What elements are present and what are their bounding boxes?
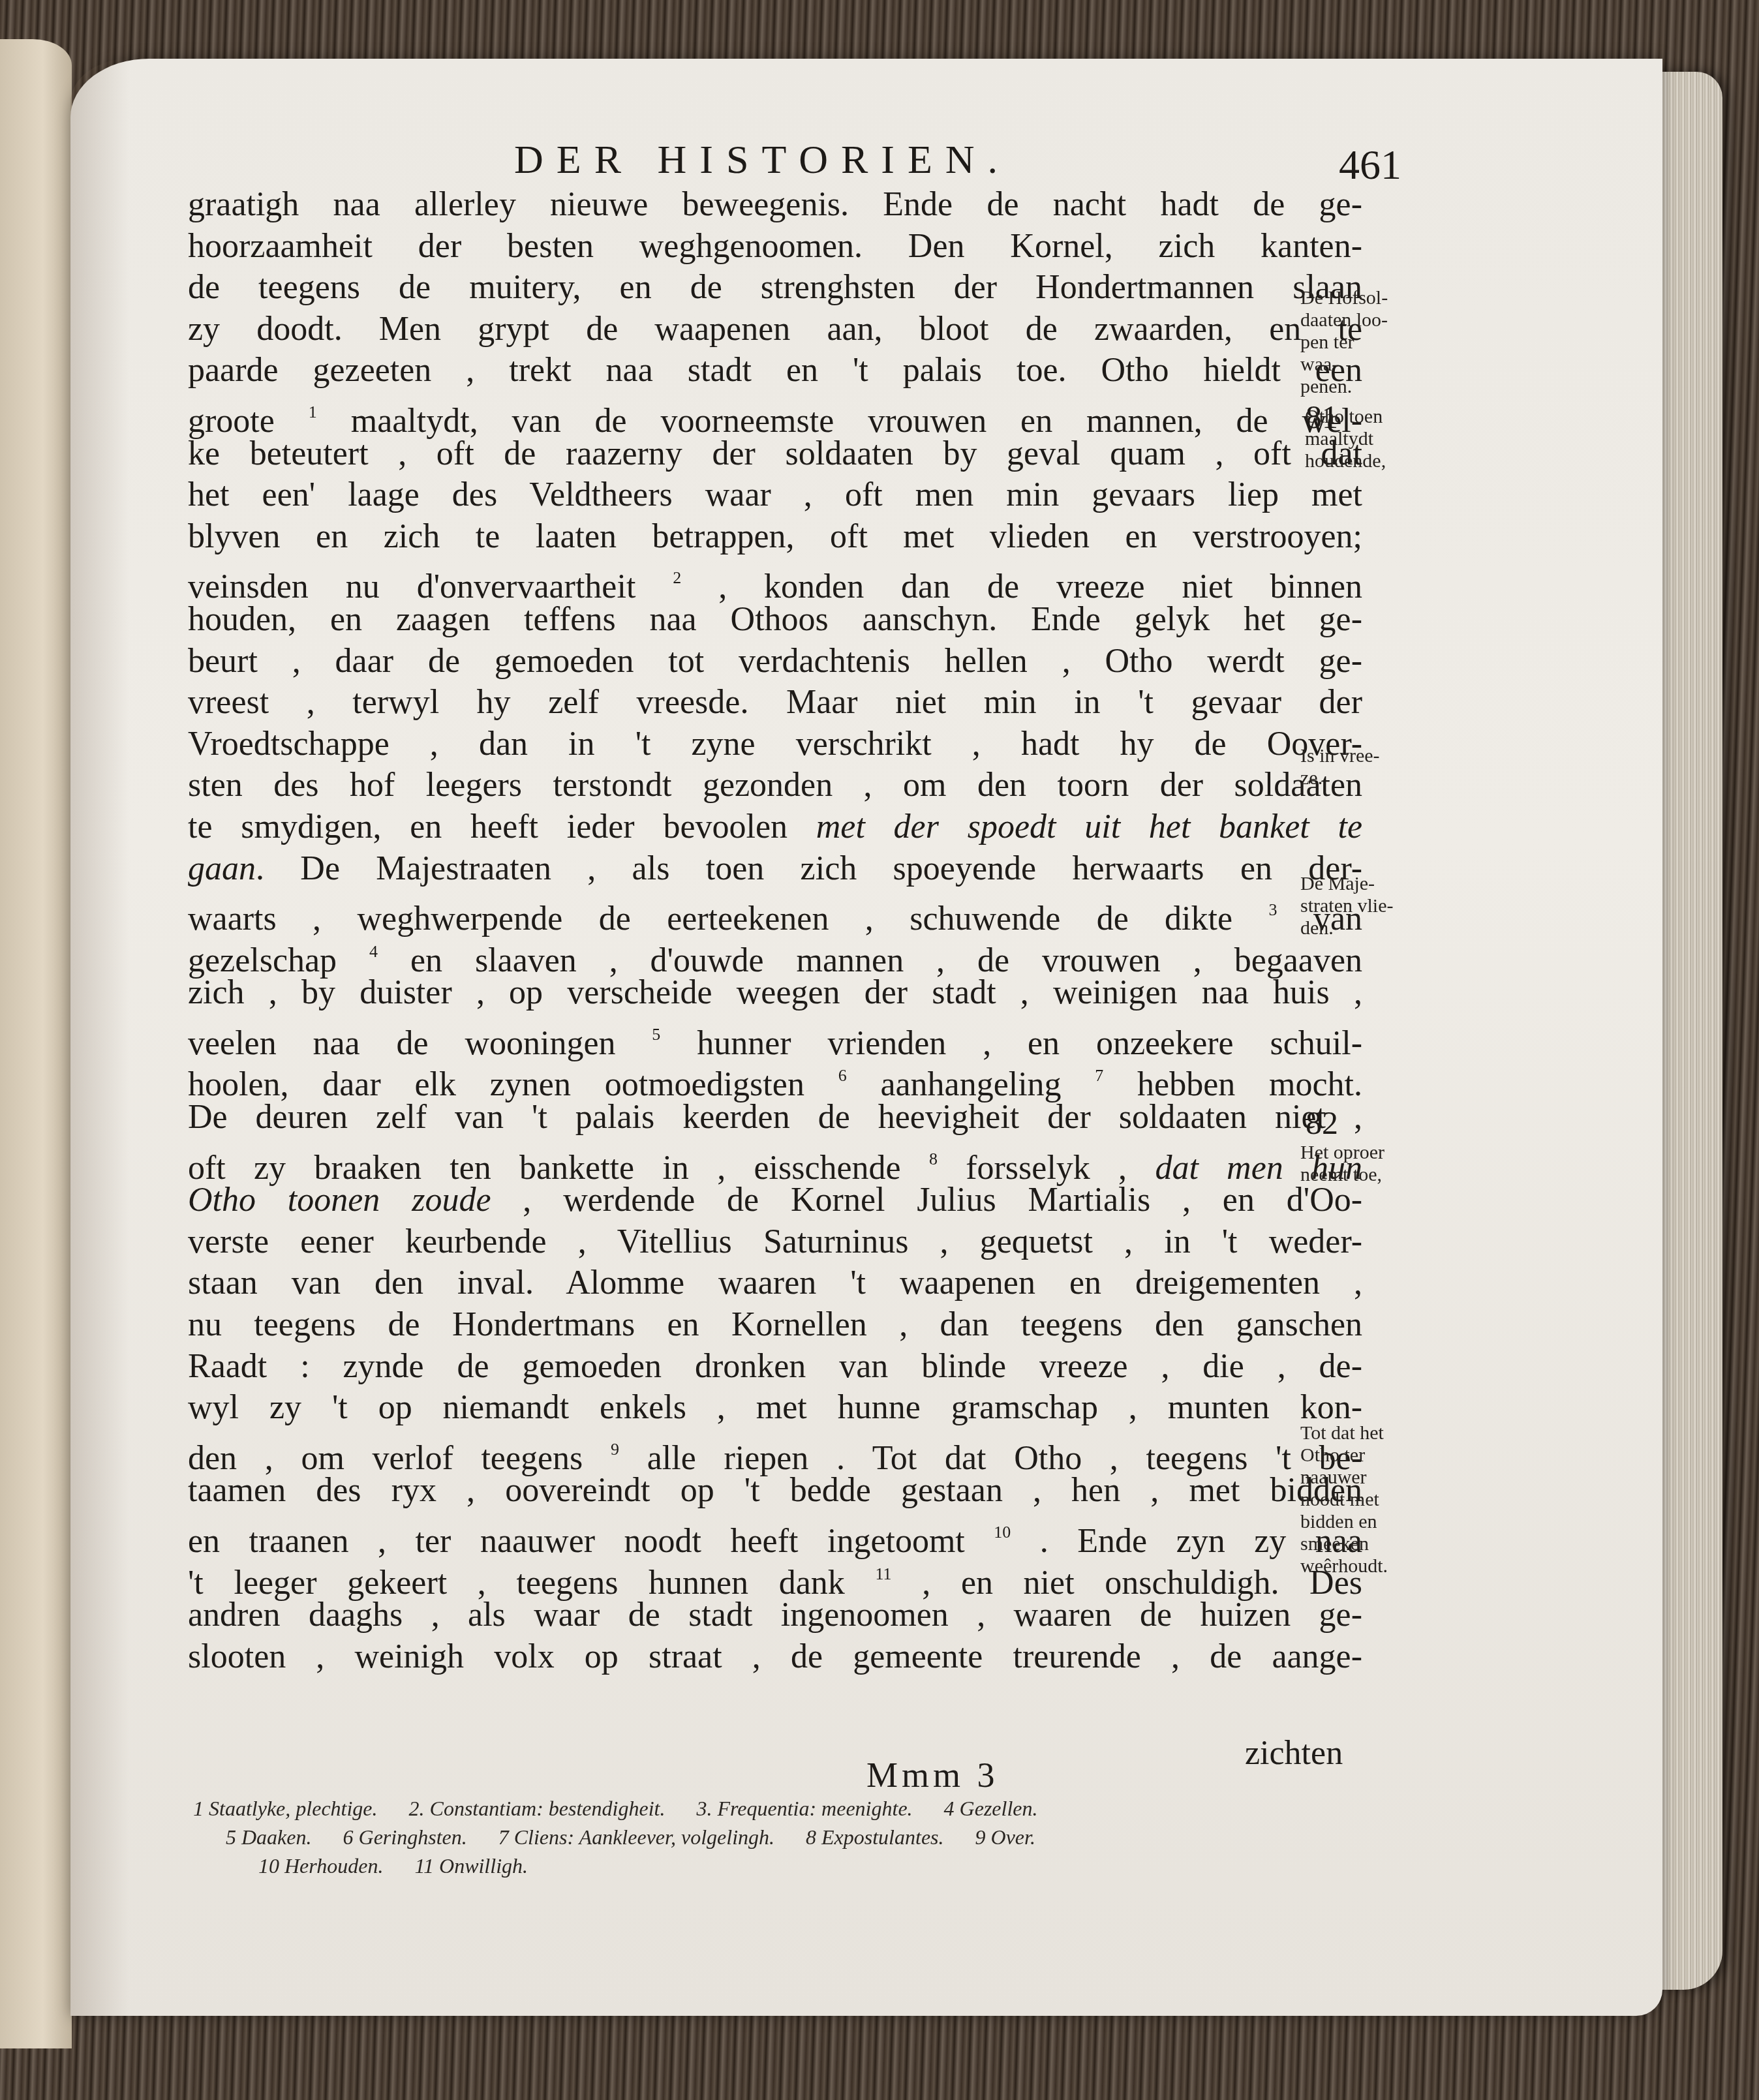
text-line: hoolen, daar elk zynen ootmoedigsten 6 a…: [188, 1055, 1362, 1097]
text-line: nu teegens de Hondertmans en Kornellen ,…: [188, 1304, 1362, 1346]
margin-note-line: Otho ter: [1300, 1444, 1450, 1467]
text-line: Vroedtschappe , dan in 't zyne verschrik…: [188, 723, 1362, 765]
margin-note-line: den.: [1300, 917, 1450, 939]
text-line: houden, en zaagen teffens naa Othoos aan…: [188, 599, 1362, 641]
margin-note-line: noodt met: [1300, 1489, 1450, 1511]
footnote: 3. Frequentia: meenighte.: [696, 1797, 912, 1820]
footnote-line-1: 1 Staatlyke, plechtige.2. Constantiam: b…: [193, 1794, 1381, 1823]
text-line: vreest , terwyl hy zelf vreesde. Maar ni…: [188, 682, 1362, 723]
footnote-line-2: 5 Daaken.6 Geringhsten.7 Cliens: Aanklee…: [193, 1823, 1381, 1851]
margin-note-line: penen.: [1300, 376, 1450, 398]
margin-note-line: daaten loo-: [1300, 309, 1450, 331]
footnote: 2. Constantiam: bestendigheit.: [409, 1797, 665, 1820]
margin-note-line: maaltydt: [1305, 428, 1455, 450]
text-line: gezelschap 4 en slaaven , d'ouwde mannen…: [188, 931, 1362, 973]
margin-note-line: pen ter: [1300, 331, 1450, 354]
text-line: Otho toonen zoude , werdende de Kornel J…: [188, 1179, 1362, 1221]
text-line: wyl zy 't op niemandt enkels , met hunne…: [188, 1387, 1362, 1429]
text-line: zich , by duister , op verscheide weegen…: [188, 972, 1362, 1014]
margin-note: De Hofsol-daaten loo-pen terwaa-penen.: [1300, 287, 1450, 398]
text-line: Raadt : zynde de gemoeden dronken van bl…: [188, 1346, 1362, 1388]
footnote: 7 Cliens: Aankleever, volgelingh.: [498, 1825, 774, 1849]
text-line: ke beteutert , oft de raazerny der solda…: [188, 433, 1362, 475]
text-line: en traanen , ter naauwer noodt heeft ing…: [188, 1512, 1362, 1553]
text-line: waarts , weghwerpende de eerteekenen , s…: [188, 889, 1362, 931]
book-page: DER HISTORIEN. 461 graatigh naa allerley…: [70, 59, 1662, 2016]
footnote: 10 Herhouden.: [258, 1854, 383, 1878]
text-line: groote 1 maaltydt, van de voorneemste vr…: [188, 391, 1362, 433]
margin-note-line: smeeken: [1300, 1533, 1450, 1555]
margin-note: Het oproerneemt toe,: [1300, 1142, 1450, 1186]
page-number: 461: [1339, 141, 1401, 189]
margin-note-line: houdende,: [1305, 450, 1455, 472]
footnote: 5 Daaken.: [226, 1825, 312, 1849]
text-line: zy doodt. Men grypt de waapenen aan, blo…: [188, 309, 1362, 350]
text-line: de teegens de muitery, en de strenghsten…: [188, 267, 1362, 309]
margin-note: Otho toenmaaltydthoudende,: [1305, 406, 1455, 472]
margin-note: De Maje-straten vlie-den.: [1300, 873, 1450, 939]
margin-note-line: neemt toe,: [1300, 1164, 1450, 1186]
text-line: te smydigen, en heeft ieder bevoolen met…: [188, 806, 1362, 848]
footnote: 11 Onwilligh.: [414, 1854, 528, 1878]
text-line: sten des hof leegers terstondt gezonden …: [188, 765, 1362, 806]
text-line: paarde gezeeten , trekt naa stadt en 't …: [188, 350, 1362, 391]
text-line: verste eener keurbende , Vitellius Satur…: [188, 1221, 1362, 1263]
margin-note-line: bidden en: [1300, 1511, 1450, 1533]
margin-note-line: straten vlie-: [1300, 895, 1450, 917]
footnotes: 1 Staatlyke, plechtige.2. Constantiam: b…: [193, 1794, 1381, 1880]
margin-note-line: Otho toen: [1305, 406, 1455, 428]
text-line: De deuren zelf van 't palais keerden de …: [188, 1097, 1362, 1138]
text-line: beurt , daar de gemoeden tot verdachteni…: [188, 641, 1362, 682]
margin-note-line: weêrhoudt.: [1300, 1555, 1450, 1577]
footnote: 9 Over.: [975, 1825, 1035, 1849]
body-text: graatigh naa allerley nieuwe beweegenis.…: [188, 184, 1362, 1677]
margin-note-line: Het oproer: [1300, 1142, 1450, 1164]
margin-note-line: De Maje-: [1300, 873, 1450, 895]
margin-note: Is in vree-ze.: [1300, 745, 1450, 789]
text-line: den , om verlof teegens 9 alle riepen . …: [188, 1429, 1362, 1470]
text-line: andren daaghs , als waar de stadt ingeno…: [188, 1594, 1362, 1636]
footnote-line-3: 10 Herhouden.11 Onwilligh.: [193, 1851, 1381, 1880]
margin-note-line: naauwer: [1300, 1467, 1450, 1489]
footnote: 1 Staatlyke, plechtige.: [193, 1797, 378, 1820]
footnote: 8 Expostulantes.: [806, 1825, 944, 1849]
text-line: gaan. De Majestraaten , als toen zich sp…: [188, 848, 1362, 890]
margin-note-line: De Hofsol-: [1300, 287, 1450, 309]
text-line: 't leeger gekeert , teegens hunnen dank …: [188, 1553, 1362, 1595]
margin-note-line: ze.: [1300, 767, 1450, 789]
text-line: staan van den inval. Alomme waaren 't wa…: [188, 1262, 1362, 1304]
text-line: graatigh naa allerley nieuwe beweegenis.…: [188, 184, 1362, 226]
margin-note-line: waa-: [1300, 354, 1450, 376]
margin-note-line: Is in vree-: [1300, 745, 1450, 767]
text-line: het een' laage des Veldtheers waar , oft…: [188, 474, 1362, 516]
catchword: zichten: [1245, 1734, 1343, 1773]
footnote: 4 Gezellen.: [944, 1797, 1038, 1820]
running-title: DER HISTORIEN.: [514, 137, 1011, 183]
text-line: veelen naa de wooningen 5 hunner vriende…: [188, 1014, 1362, 1056]
text-line: oft zy braaken ten bankette in , eissche…: [188, 1138, 1362, 1180]
text-line: taamen des ryx , oovereindt op 't bedde …: [188, 1470, 1362, 1512]
footnote: 6 Geringhsten.: [343, 1825, 467, 1849]
margin-note: Tot dat hetOtho ternaauwernoodt metbidde…: [1300, 1422, 1450, 1577]
text-line: slooten , weinigh volx op straat , de ge…: [188, 1636, 1362, 1678]
text-line: veinsden nu d'onvervaartheit 2 , konden …: [188, 557, 1362, 599]
signature-mark: Mmm 3: [866, 1755, 999, 1795]
text-line: blyven en zich te laaten betrappen, oft …: [188, 516, 1362, 558]
text-line: hoorzaamheit der besten weghgenoomen. De…: [188, 226, 1362, 267]
margin-note-line: Tot dat het: [1300, 1422, 1450, 1444]
facing-page-edge: [0, 39, 72, 2048]
section-number: 82: [1306, 1104, 1338, 1142]
